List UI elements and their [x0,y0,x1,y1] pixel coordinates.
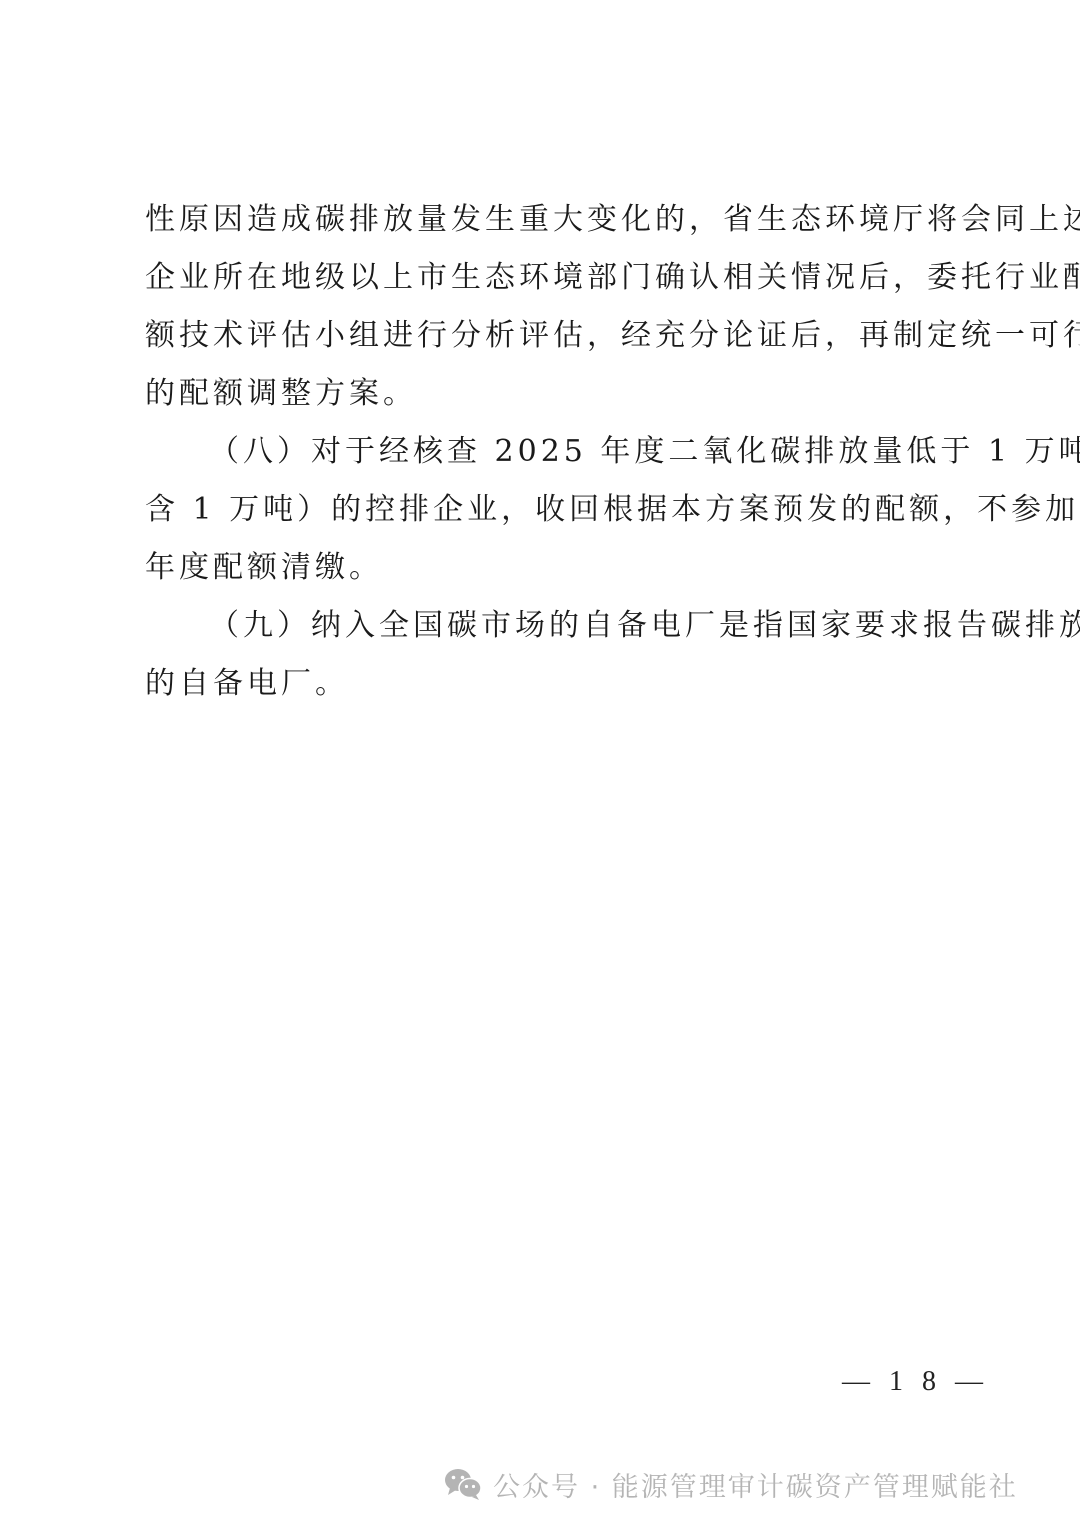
page-number: — 1 8 — [842,1366,989,1398]
text-line: 额技术评估小组进行分析评估，经充分论证后，再制定统一可行 [145,307,947,365]
paragraph-item-9: （九）纳入全国碳市场的自备电厂是指国家要求报告碳排放 的自备电厂。 [145,597,947,713]
body-text: 性原因造成碳排放量发生重大变化的，省生态环境厅将会同上述 企业所在地级以上市生态… [145,191,947,713]
paragraph-item-8: （八）对于经核查 2025 年度二氧化碳排放量低于 1 万吨（不 含 1 万吨）… [145,423,947,597]
paragraph-continuation: 性原因造成碳排放量发生重大变化的，省生态环境厅将会同上述 企业所在地级以上市生态… [145,191,947,423]
text-line: 的自备电厂。 [145,655,947,713]
wechat-icon [443,1466,483,1502]
text-line: 含 1 万吨）的控排企业，收回根据本方案预发的配额，不参加 2025 [145,481,947,539]
text-line: 性原因造成碳排放量发生重大变化的，省生态环境厅将会同上述 [145,191,947,249]
text-line: 企业所在地级以上市生态环境部门确认相关情况后，委托行业配 [145,249,947,307]
document-page: 性原因造成碳排放量发生重大变化的，省生态环境厅将会同上述 企业所在地级以上市生态… [0,0,1080,1527]
watermark-text: 公众号 · 能源管理审计碳资产管理赋能社 [493,1465,1018,1504]
text-line: 年度配额清缴。 [145,539,947,597]
watermark: 公众号 · 能源管理审计碳资产管理赋能社 [443,1462,1018,1506]
text-line: （九）纳入全国碳市场的自备电厂是指国家要求报告碳排放 [145,597,947,655]
text-line: （八）对于经核查 2025 年度二氧化碳排放量低于 1 万吨（不 [145,423,947,481]
text-line: 的配额调整方案。 [145,365,947,423]
